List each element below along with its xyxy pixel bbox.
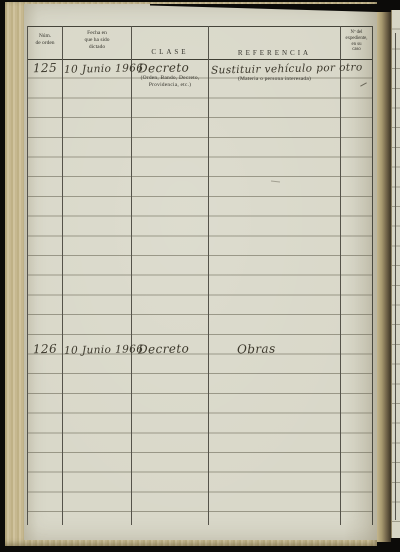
table-row-entry-126: 126 10 Junio 1966 Decreto Obras — [0, 342, 400, 366]
entry-referencia: Sustituir vehículo por otro — [211, 61, 363, 76]
entry-num: 125 — [30, 61, 60, 76]
entry-num: 126 — [30, 342, 60, 357]
entry-fecha: 10 Junio 1966 — [64, 343, 144, 357]
entry-clase: Decreto — [138, 341, 189, 356]
column-header-expediente: Nº del expediente, en su caso — [340, 30, 373, 53]
entry-fecha: 10 Junio 1966 — [64, 62, 144, 76]
table-left-border — [27, 26, 28, 525]
table-top-border — [27, 26, 373, 27]
column-header-fecha: Fecha en que ha sido dictado — [63, 30, 131, 51]
table-row-entry-125: 125 10 Junio 1966 Decreto Sustituir vehí… — [0, 61, 400, 85]
column-header-referencia-title: REFERENCIA — [209, 49, 340, 58]
column-divider-referencia — [340, 26, 341, 525]
column-header-clase-title: CLASE — [132, 48, 208, 57]
column-divider-clase — [208, 26, 209, 525]
book-binding — [377, 0, 391, 552]
scanned-register-page: Núm. de orden Fecha en que ha sido dicta… — [0, 0, 400, 552]
next-page-sliver — [391, 10, 400, 538]
column-divider-num — [62, 26, 63, 525]
table-right-border — [372, 26, 373, 525]
entry-clase: Decreto — [138, 60, 189, 75]
next-page-rule-line — [395, 33, 396, 520]
ruled-grid-body — [27, 59, 373, 513]
column-header-num-orden: Núm. de orden — [27, 33, 63, 47]
entry-referencia: Obras — [237, 342, 276, 357]
